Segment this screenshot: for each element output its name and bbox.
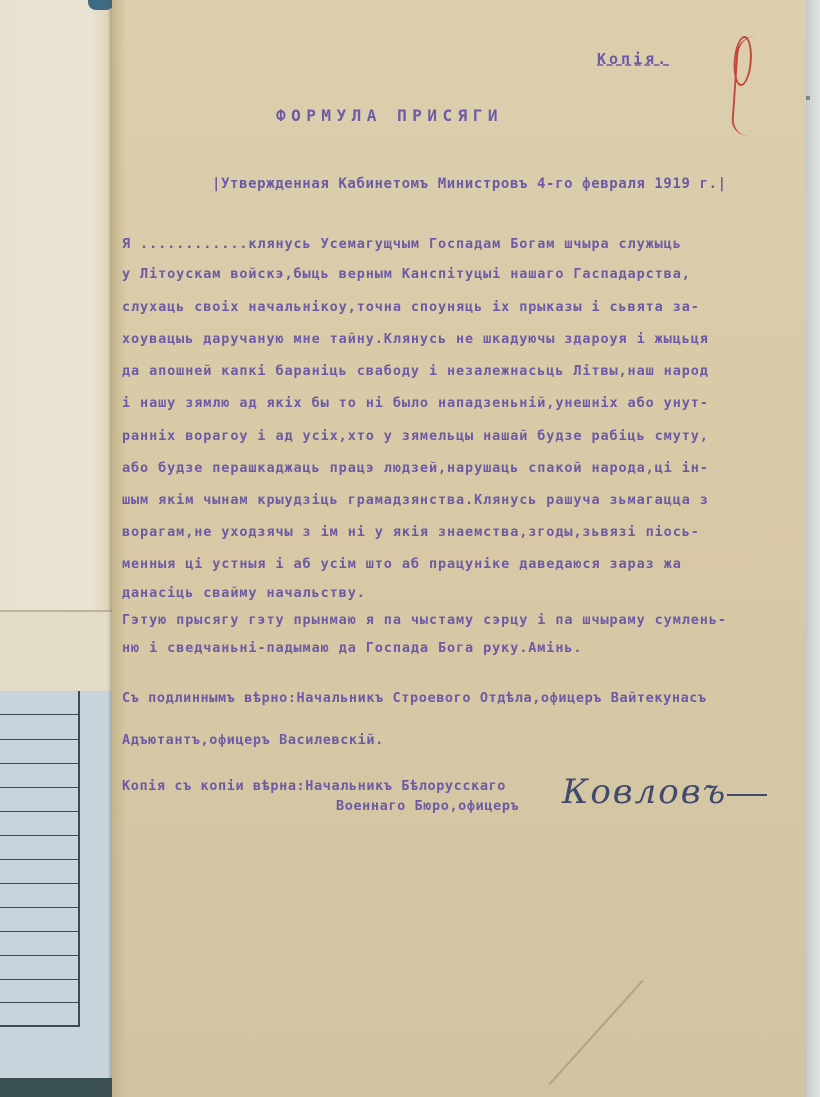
paper-crease [548, 980, 643, 1085]
oath-text-line: менныя ці устныя і аб усім што аб працун… [122, 556, 682, 572]
blue-folder-tab [88, 0, 114, 10]
oath-text-line: ню і сведчаньні-падымаю да Госпада Бога … [122, 640, 582, 656]
form-rule-line [0, 931, 78, 932]
oath-text-line: Я ............клянусь Усемагущчым Госпад… [122, 236, 682, 252]
oath-text-line: данасіць свайму начальству. [122, 585, 366, 601]
form-rule-line [0, 714, 78, 715]
form-rule-line [0, 763, 78, 764]
certification-original: Съ подлиннымъ вѣрно:Начальникъ Строевого… [122, 690, 707, 706]
oath-text-line: шым якім чынам крыудзіць грамадзянства.К… [122, 492, 709, 508]
form-rule-line [0, 811, 78, 812]
oath-text-line: хоувацыь даручаную мне тайну.Клянусь не … [122, 331, 709, 347]
background-sheet-middle [0, 612, 112, 694]
handwritten-page-number-icon [731, 36, 756, 136]
background-sheet-top [0, 0, 114, 612]
certification-adjutant: Адъютантъ,офицеръ Василевскій. [122, 732, 384, 748]
form-rule-line [0, 739, 78, 740]
oath-text-line: у Літоускам войскэ,быць верным Канспітуц… [122, 266, 691, 282]
oath-text-line: ворагам,не уходзячы з ім ні у якія знаем… [122, 524, 700, 540]
copy-label: Копія. [597, 50, 669, 68]
form-rule-line [0, 955, 78, 956]
page-fold-shadow [112, 0, 126, 1097]
dark-folder-edge [0, 1078, 114, 1097]
oath-text-line: ранніх ворагоу і ад усіх,хто у зямельцы … [122, 428, 709, 444]
right-background-sheet [805, 0, 820, 1097]
document-title: ФОРМУЛА ПРИСЯГИ [276, 106, 503, 125]
certification-copy-line2: Военнаго Бюро,офицеръ [336, 798, 519, 814]
form-rule-line [0, 907, 78, 908]
oath-text-line: і нашу зямлю ад якіх бы то ні было напад… [122, 395, 709, 411]
oath-text-line: або будзе перашкаджаць працэ людзей,нару… [122, 460, 709, 476]
approval-note: |Утвержденная Кабинетомъ Министровъ 4-го… [212, 176, 727, 192]
form-grid [0, 691, 80, 1027]
form-rule-line [0, 859, 78, 860]
form-rule-line [0, 979, 78, 980]
oath-text-line: да апошней капкі бараніць свабоду і неза… [122, 363, 709, 379]
form-rule-line [0, 1002, 78, 1003]
form-rule-line [0, 787, 78, 788]
certification-copy-line1: Копія съ копіи вѣрна:Начальникъ Бѣлорусс… [122, 778, 506, 794]
lined-form-sheet [0, 691, 112, 1079]
form-rule-line [0, 835, 78, 836]
oath-text-line: Гэтую прысягу гэту прынмаю я па чыстаму … [122, 612, 727, 628]
oath-text-line: слухаць своіх начальнікоу,точна споуняць… [122, 299, 700, 315]
form-rule-line [0, 883, 78, 884]
oath-document-page: Копія. ФОРМУЛА ПРИСЯГИ |Утвержденная Каб… [112, 0, 806, 1097]
handwritten-signature: Ковловъ [562, 772, 727, 812]
